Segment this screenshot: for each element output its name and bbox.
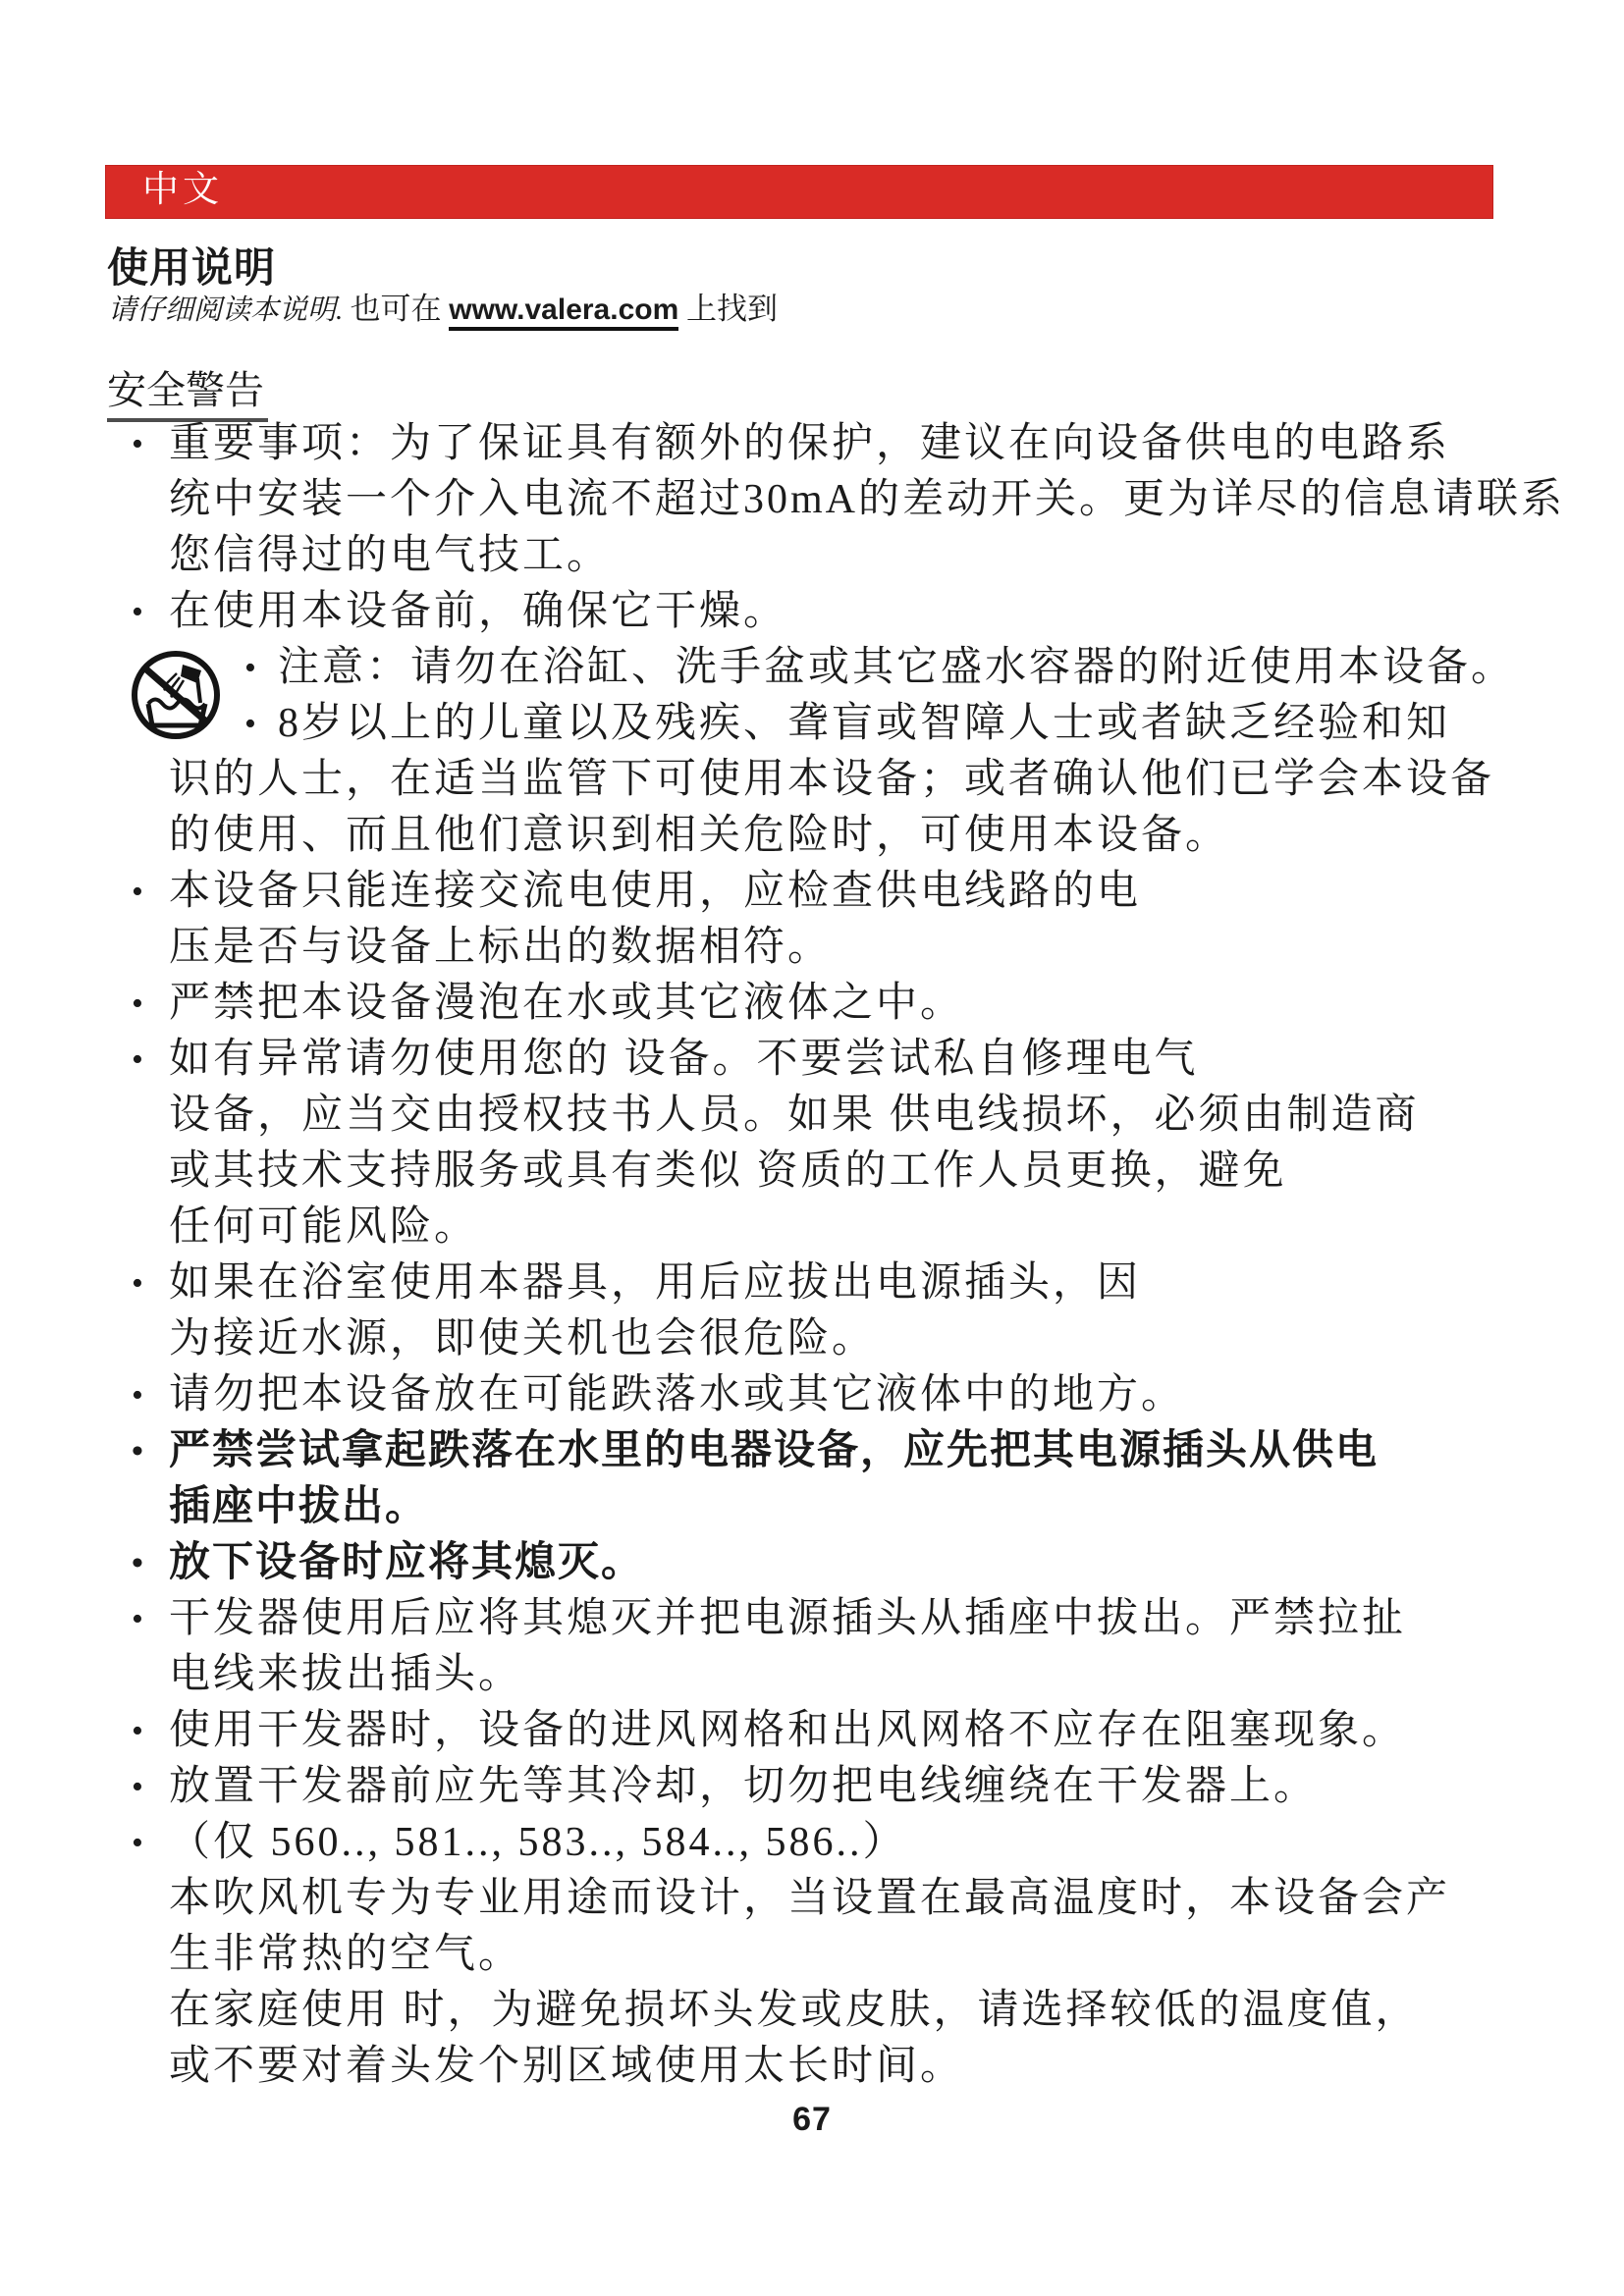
bullet-marker: •	[132, 1367, 143, 1423]
bullet-line: •本设备只能连接交流电使用，应检查供电线路的电	[105, 864, 1539, 920]
safety-warning-list: •重要事项：为了保证具有额外的保护，建议在向设备供电的电路系统中安装一个介入电流…	[105, 416, 1539, 2095]
bullet-line: •重要事项：为了保证具有额外的保护，建议在向设备供电的电路系	[105, 416, 1539, 472]
bullet-line: •请勿把本设备放在可能跌落水或其它液体中的地方。	[105, 1367, 1539, 1423]
bullet-line: •严禁把本设备漫泡在水或其它液体之中。	[105, 976, 1539, 1032]
bullet-line: 插座中拔出。	[105, 1479, 1539, 1535]
safety-bullet: •放置干发器前应先等其冷却，切勿把电线缠绕在干发器上。	[105, 1759, 1539, 1815]
page-number: 67	[0, 2101, 1624, 2139]
bullet-marker: •	[132, 1591, 143, 1647]
bullet-line: 生非常热的空气。	[105, 1927, 1539, 1983]
bullet-marker: •	[132, 1032, 143, 1088]
safety-bullet: •如果在浴室使用本器具，用后应拔出电源插头，因为接近水源，即使关机也会很危险。	[105, 1255, 1539, 1367]
bullet-line: •在使用本设备前，确保它干燥。	[105, 584, 1539, 640]
bullet-line: 压是否与设备上标出的数据相符。	[105, 920, 1539, 976]
bullet-line: 统中安装一个介入电流不超过30mA的差动开关。更为详尽的信息请联系	[105, 472, 1539, 528]
safety-bullet: •使用干发器时，设备的进风网格和出风网格不应存在阻塞现象。	[105, 1703, 1539, 1759]
bullet-marker: •	[132, 1255, 143, 1311]
water-warning-group: •注意：请勿在浴缸、洗手盆或其它盛水容器的附近使用本设备。•8岁以上的儿童以及残…	[105, 640, 1539, 864]
bullet-marker: •	[244, 640, 256, 696]
bullet-marker: •	[132, 864, 143, 920]
safety-bullet: •严禁尝试拿起跌落在水里的电器设备，应先把其电源插头从供电插座中拔出。	[105, 1423, 1539, 1535]
manual-page: { "page": { "language_bar": { "label": "…	[0, 0, 1624, 2296]
bullet-line: 您信得过的电气技工。	[105, 528, 1539, 584]
subtitle-text: 也可在	[351, 292, 450, 326]
bullet-line: 任何可能风险。	[105, 1200, 1539, 1255]
bullet-marker: •	[132, 1703, 143, 1759]
bullet-line: •如有异常请勿使用您的 设备。不要尝试私自修理电气	[105, 1032, 1539, 1088]
language-header-bar: 中文	[105, 165, 1493, 219]
bullet-line: •使用干发器时，设备的进风网格和出风网格不应存在阻塞现象。	[105, 1703, 1539, 1759]
safety-bullet: •在使用本设备前，确保它干燥。	[105, 584, 1539, 640]
bullet-line: •8岁以上的儿童以及残疾、聋盲或智障人士或者缺乏经验和知	[105, 696, 1539, 752]
subtitle: 请仔细阅读本说明. 也可在 www.valera.com 上找到	[108, 284, 778, 328]
bullet-marker: •	[132, 1535, 143, 1591]
subtitle-text: 上找到	[678, 292, 778, 326]
bullet-line: •注意：请勿在浴缸、洗手盆或其它盛水容器的附近使用本设备。	[105, 640, 1539, 696]
safety-bullet: •重要事项：为了保证具有额外的保护，建议在向设备供电的电路系统中安装一个介入电流…	[105, 416, 1539, 584]
bullet-line: 本吹风机专为专业用途而设计，当设置在最高温度时，本设备会产	[105, 1871, 1539, 1927]
bullet-marker: •	[132, 584, 143, 640]
bullet-line: •如果在浴室使用本器具，用后应拔出电源插头，因	[105, 1255, 1539, 1311]
bullet-marker: •	[132, 1423, 143, 1479]
safety-bullet: •如有异常请勿使用您的 设备。不要尝试私自修理电气设备，应当交由授权技书人员。如…	[105, 1032, 1539, 1255]
bullet-line: 或不要对着头发个别区域使用太长时间。	[105, 2039, 1539, 2095]
safety-bullet: •注意：请勿在浴缸、洗手盆或其它盛水容器的附近使用本设备。	[105, 640, 1539, 696]
bullet-line: •干发器使用后应将其熄灭并把电源插头从插座中拔出。严禁拉扯	[105, 1591, 1539, 1647]
safety-bullet: •8岁以上的儿童以及残疾、聋盲或智障人士或者缺乏经验和知识的人士，在适当监管下可…	[105, 696, 1539, 864]
bullet-marker: •	[132, 976, 143, 1032]
bullet-line: •严禁尝试拿起跌落在水里的电器设备，应先把其电源插头从供电	[105, 1423, 1539, 1479]
bullet-line: 在家庭使用 时，为避免损坏头发或皮肤，请选择较低的温度值，	[105, 1983, 1539, 2039]
bullet-line: 或其技术支持服务或具有类似 资质的工作人员更换，避免	[105, 1144, 1539, 1200]
safety-bullet: •严禁把本设备漫泡在水或其它液体之中。	[105, 976, 1539, 1032]
bullet-line: 设备，应当交由授权技书人员。如果 供电线损坏，必须由制造商	[105, 1088, 1539, 1144]
bullet-marker: •	[132, 416, 143, 472]
safety-bullet: •本设备只能连接交流电使用，应检查供电线路的电压是否与设备上标出的数据相符。	[105, 864, 1539, 976]
bullet-line: •放下设备时应将其熄灭。	[105, 1535, 1539, 1591]
safety-bullet: •放下设备时应将其熄灭。	[105, 1535, 1539, 1591]
language-label: 中文	[142, 172, 223, 208]
bullet-line: 识的人士，在适当监管下可使用本设备；或者确认他们已学会本设备	[105, 752, 1539, 808]
safety-bullet: •（仅 560.., 581.., 583.., 584.., 586..）本吹…	[105, 1815, 1539, 2095]
safety-bullet: •干发器使用后应将其熄灭并把电源插头从插座中拔出。严禁拉扯电线来拔出插头。	[105, 1591, 1539, 1703]
bullet-line: •放置干发器前应先等其冷却，切勿把电线缠绕在干发器上。	[105, 1759, 1539, 1815]
bullet-line: 为接近水源，即使关机也会很危险。	[105, 1311, 1539, 1367]
bullet-marker: •	[132, 1815, 143, 1871]
subtitle-text: 请仔细阅读本说明.	[108, 294, 351, 326]
bullet-line: •（仅 560.., 581.., 583.., 584.., 586..）	[105, 1815, 1539, 1871]
website-link[interactable]: www.valera.com	[449, 294, 678, 331]
bullet-line: 的使用、而且他们意识到相关危险时，可使用本设备。	[105, 808, 1539, 864]
section-heading: 安全警告	[107, 359, 268, 422]
bullet-line: 电线来拔出插头。	[105, 1647, 1539, 1703]
bullet-marker: •	[132, 1759, 143, 1815]
bullet-marker: •	[244, 696, 256, 752]
safety-bullet: •请勿把本设备放在可能跌落水或其它液体中的地方。	[105, 1367, 1539, 1423]
